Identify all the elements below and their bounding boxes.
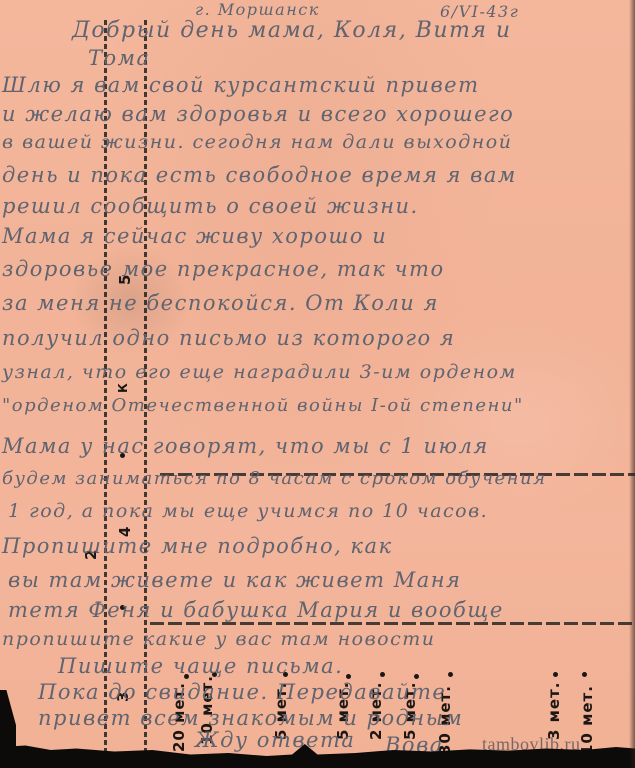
- printed-dot: [346, 674, 351, 679]
- letter-line-24: Жду ответа: [195, 730, 355, 751]
- meter-label: 3 мет.: [545, 682, 563, 741]
- letter-line-3: Шлю я вам свой курсантский привет: [2, 75, 480, 96]
- printed-dot: [448, 672, 453, 677]
- letter-line-5: в вашей жизни. сегодня нам дали выходной: [2, 133, 512, 152]
- letter-line-12: узнал, что его еще наградили 3-им ордено…: [2, 363, 517, 382]
- right-edge-shadow: [629, 0, 635, 768]
- letter-line-14: Мама у нас говорят, что мы с 1 июля: [2, 436, 489, 457]
- letter-line-9: здоровье мое прекрасное, так что: [2, 259, 445, 280]
- letter-line-20: пропишите какие у вас там новости: [2, 630, 436, 649]
- letter-line-23: привет всем знакомым и родным: [38, 708, 463, 729]
- printed-letter-k: К: [116, 382, 130, 393]
- letter-line-16: 1 год, а пока мы еще учимся по 10 часов.: [8, 502, 488, 521]
- scanned-letter: 5 К 4 2 3 20 мет. 10 мет. 5 мет. 5 мет. …: [0, 0, 635, 768]
- letter-line-15: будем заниматься по 8 часам с сроком обу…: [2, 470, 547, 488]
- letter-line-17: Пропишите мне подробно, как: [2, 536, 393, 557]
- letter-line-18: вы там живете и как живет Маня: [8, 570, 461, 591]
- letter-line-10: за меня не беспокойся. От Коли я: [2, 293, 439, 314]
- letter-line-19: тетя Феня и бабушка Мария и вообще: [8, 600, 504, 621]
- printed-dot: [582, 672, 587, 677]
- letter-line-11: получил одно письмо из которого я: [2, 328, 455, 349]
- letter-line-1: Добрый день мама, Коля, Витя и: [72, 20, 512, 42]
- letter-line-7: решил сообщить о своей жизни.: [2, 196, 419, 217]
- printed-dot: [414, 674, 419, 679]
- letter-line-13: "орденом Отечественной войны I-ой степен…: [2, 397, 524, 415]
- printed-dashed-line-h2: [150, 622, 635, 625]
- letter-line-6: день и пока есть свободное время я вам: [2, 165, 517, 186]
- letter-line-8: Мама я сейчас живу хорошо и: [2, 226, 387, 247]
- letter-line-4: и желаю вам здоровья и всего хорошего: [2, 104, 514, 125]
- printed-dot: [553, 672, 558, 677]
- letter-line-21: Пишите чаще письма.: [58, 656, 343, 677]
- printed-dot: [380, 672, 385, 677]
- meter-label: 10 мет.: [578, 685, 596, 755]
- letter-place: г. Моршанск: [195, 2, 320, 18]
- letter-line-2: Тома: [88, 48, 151, 69]
- letter-line-22: Пока до свидание. Передавайте: [38, 682, 446, 703]
- torn-left-edge: [0, 690, 16, 768]
